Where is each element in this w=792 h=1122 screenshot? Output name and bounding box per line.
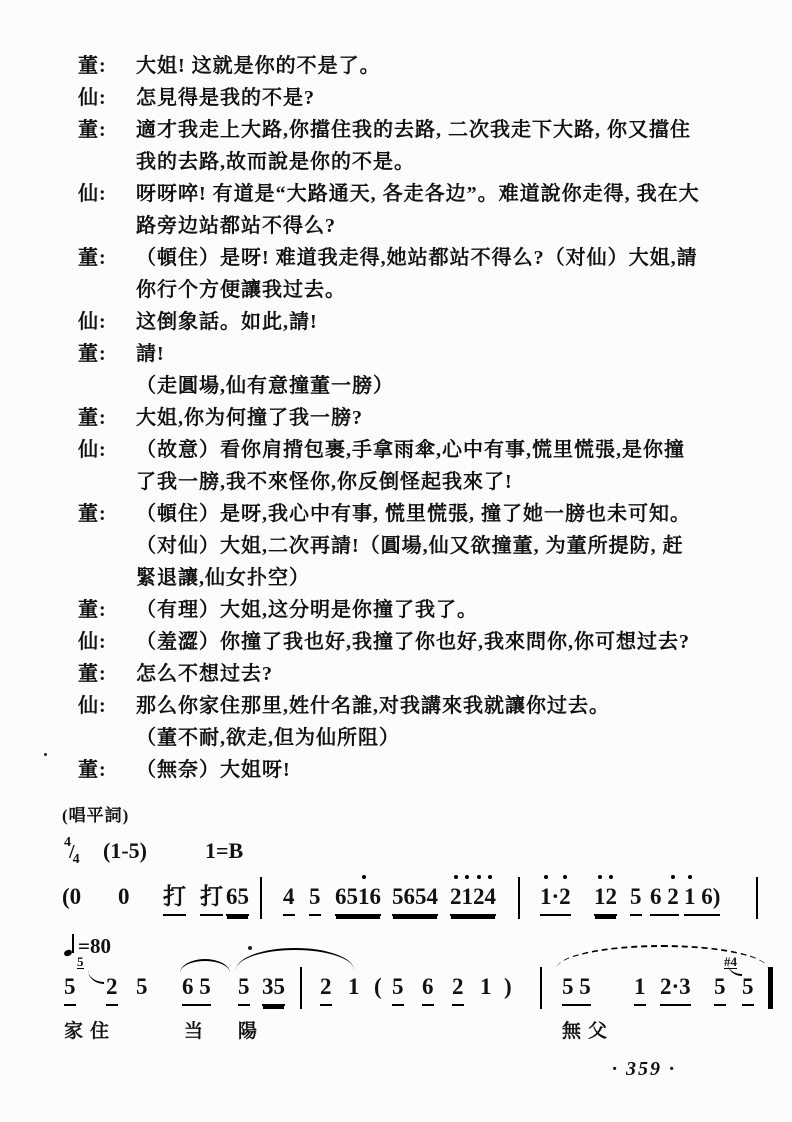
speaker-label	[78, 274, 136, 306]
dialogue-row: 仙:（故意）看你肩揹包裹,手拿雨傘,心中有事,慌里慌張,是你撞	[78, 434, 746, 466]
note-char: 5	[64, 972, 76, 1002]
note-char: 6	[226, 882, 238, 912]
grace-note: #4	[724, 955, 737, 969]
speaker-label: 董:	[78, 594, 136, 626]
dialogue-row: 董:（無奈）大姐呀!	[78, 754, 746, 786]
note-token: (0	[62, 882, 81, 914]
note-token: 5	[392, 972, 404, 1006]
note-char: 5	[742, 972, 754, 1002]
note-char: 2	[559, 882, 571, 912]
dialogue-text: （故意）看你肩揹包裹,手拿雨傘,心中有事,慌里慌張,是你撞	[136, 434, 746, 466]
note-token: 5	[714, 972, 726, 1006]
note-token: 5	[136, 972, 148, 1004]
speaker-label: 董:	[78, 754, 136, 786]
speaker-label: 董:	[78, 114, 136, 146]
speaker-label: 董:	[78, 338, 136, 370]
speaker-label	[78, 370, 136, 402]
note-token: 55	[64, 972, 76, 1006]
dialogue-text: （对仙）大姐,二次再請!（圓場,仙又欲撞董, 为董所提防, 赶	[136, 530, 746, 562]
dialogue-text: 請!	[136, 338, 746, 370]
sing-cue: (唱平詞)	[62, 801, 129, 826]
note-char: 0	[118, 882, 130, 912]
note-char: 0	[70, 882, 82, 912]
dialogue-text: （有理）大姐,这分明是你撞了我了。	[136, 594, 746, 626]
note-token: 65	[226, 882, 249, 916]
note-token: 5 5	[562, 972, 591, 1006]
barline	[756, 877, 758, 919]
note-char: 4	[427, 882, 439, 912]
meter-denominator: 4	[73, 852, 80, 867]
dialogue-row: 仙:呀呀啐! 有道是“大路通天, 各走各边”。难道說你走得, 我在大	[78, 178, 746, 210]
barline	[260, 877, 262, 919]
note-char: (	[374, 972, 382, 1002]
dialogue-row: 董:（頓住）是呀! 难道我走得,她站都站不得么?（对仙）大姐,請	[78, 242, 746, 274]
dialogue-text: 路旁边站都站不得么?	[136, 210, 746, 242]
note-char: )	[504, 972, 512, 1002]
speaker-label	[78, 210, 136, 242]
speaker-label: 仙:	[78, 178, 136, 210]
dialogue-text: 大姐,你为何撞了我一膀?	[136, 402, 746, 434]
dialogue-text: （頓住）是呀! 难道我走得,她站都站不得么?（对仙）大姐,請	[136, 242, 746, 274]
note-char: 6	[650, 882, 662, 912]
note-token: 5	[309, 882, 321, 916]
note-char: 2	[320, 972, 332, 1002]
note-char: 1	[462, 882, 474, 912]
note-char: 5	[392, 972, 404, 1002]
note-char: 6	[404, 882, 416, 912]
note-token: 5#4	[742, 972, 754, 1006]
note-char: 1	[684, 882, 696, 912]
dialogue-row: 路旁边站都站不得么?	[78, 210, 746, 242]
speaker-label	[78, 530, 136, 562]
note-char: 4	[485, 882, 497, 912]
margin-speck	[44, 753, 47, 756]
lyric-text: 当	[184, 1016, 210, 1043]
note-token: 1	[480, 972, 492, 1004]
dialogue-row: 你行个方便讓我过去。	[78, 274, 746, 306]
dialogue-text: 適才我走上大路,你擋住我的去路, 二次我走下大路, 你又擋住	[136, 114, 746, 146]
note-char: 5	[714, 972, 726, 1002]
dialogue-text: 这倒象話。如此,請!	[136, 306, 746, 338]
dialogue-row: （走圓場,仙有意撞董一膀）	[78, 370, 746, 402]
speaker-label	[78, 562, 136, 594]
note-char: 2	[606, 882, 618, 912]
note-char: 5	[562, 972, 574, 1002]
music-line-vocal: 55256 553521(5621)5 512·355#4家住当陽無父	[0, 972, 792, 1024]
dialogue-text: 怎見得是我的不是?	[136, 82, 746, 114]
dialogue-text: （無奈）大姐呀!	[136, 754, 746, 786]
lyric-text: 無父	[562, 1016, 614, 1043]
note-token: 2124	[450, 882, 496, 916]
dialogue-row: （对仙）大姐,二次再請!（圓場,仙又欲撞董, 为董所提防, 赶	[78, 530, 746, 562]
note-char: 5	[309, 882, 321, 912]
key-indication: 1=B	[205, 838, 243, 864]
speaker-label: 董:	[78, 658, 136, 690]
note-token: 1	[348, 972, 360, 1004]
dialogue-row: 董:請!	[78, 338, 746, 370]
final-barline	[768, 967, 773, 1009]
note-token: 2	[320, 972, 332, 1006]
note-char: 2	[450, 882, 462, 912]
note-token: 2·3	[660, 972, 691, 1006]
note-char: (	[62, 882, 70, 912]
dialogue-row: 董:（頓住）是呀,我心中有事, 慌里慌張, 撞了她一膀也未可知。	[78, 498, 746, 530]
grace-note: 5	[77, 955, 84, 969]
barline	[300, 967, 302, 1009]
note-char: 1	[634, 972, 646, 1002]
note-token: 1 6)	[684, 882, 720, 916]
note-char: ·	[672, 972, 680, 1002]
note-token: 2	[106, 972, 118, 1006]
dialogue-text: 緊退讓,仙女扑空）	[136, 562, 746, 594]
note-char: 6	[370, 882, 382, 912]
tie	[180, 959, 230, 973]
speaker-label	[78, 722, 136, 754]
time-signature: 4/4	[64, 838, 80, 864]
dialogue-row: 仙:（羞澀）你撞了我也好,我撞了你也好,我來問你,你可想过去?	[78, 626, 746, 658]
note-char: 2	[106, 972, 118, 1002]
dialogue-text: （董不耐,欲走,但为仙所阻）	[136, 722, 746, 754]
note-char: 1	[358, 882, 370, 912]
note-char: 5	[392, 882, 404, 912]
dialogue-row: 仙:怎見得是我的不是?	[78, 82, 746, 114]
note-char: 2	[452, 972, 464, 1002]
note-token: (	[374, 972, 382, 1004]
speaker-label: 仙:	[78, 82, 136, 114]
note-token: 6	[422, 972, 434, 1006]
note-char: 6	[701, 882, 713, 912]
dialogue-text: 我的去路,故而說是你的不是。	[136, 146, 746, 178]
dialogue-text: 那么你家住那里,姓什名誰,对我講來我就讓你过去。	[136, 690, 746, 722]
note-token: 打	[200, 882, 223, 916]
note-token: 6 2	[650, 882, 679, 916]
dialogue-text: 怎么不想过去?	[136, 658, 746, 690]
dialogue-row: 董:適才我走上大路,你擋住我的去路, 二次我走下大路, 你又擋住	[78, 114, 746, 146]
note-token: 2	[452, 972, 464, 1006]
dialogue-text: 你行个方便讓我过去。	[136, 274, 746, 306]
dialogue-text: 了我一膀,我不來怪你,你反倒怪起我來了!	[136, 466, 746, 498]
note-char: 1	[594, 882, 606, 912]
note-char: 5	[274, 972, 286, 1002]
note-char: )	[713, 882, 721, 912]
dialogue-row: 董:（有理）大姐,这分明是你撞了我了。	[78, 594, 746, 626]
meter-numerator: 4	[64, 835, 71, 850]
dialogue-text: （頓住）是呀,我心中有事, 慌里慌張, 撞了她一膀也未可知。	[136, 498, 746, 530]
note-char: 5	[199, 972, 211, 1002]
note-token: 打	[163, 882, 186, 916]
quarter-note-icon	[64, 934, 75, 956]
speaker-label: 董:	[78, 498, 136, 530]
note-char: 5	[630, 882, 642, 912]
lyric-text: 陽	[238, 1016, 264, 1043]
note-token: 4	[283, 882, 295, 916]
note-char: 3	[262, 972, 274, 1002]
note-token: 0	[118, 882, 130, 914]
lyric-text: 家住	[64, 1016, 116, 1043]
note-token: 1	[634, 972, 646, 1006]
note-token: 5	[238, 972, 250, 1006]
speaker-label	[78, 466, 136, 498]
pickup-notes: (1-5)	[103, 838, 147, 864]
dialogue-text: 呀呀啐! 有道是“大路通天, 各走各边”。难道說你走得, 我在大	[136, 178, 746, 210]
note-token: 35	[262, 972, 285, 1006]
note-token: )	[504, 972, 512, 1004]
dialogue-row: （董不耐,欲走,但为仙所阻）	[78, 722, 746, 754]
note-char: 4	[283, 882, 295, 912]
music-line-intro: (00打打65456516565421241·21256 21 6)	[0, 882, 792, 934]
speaker-label: 仙:	[78, 306, 136, 338]
speaker-label: 仙:	[78, 626, 136, 658]
note-char: 打	[200, 882, 223, 912]
note-char: 1	[540, 882, 552, 912]
note-token: 12	[594, 882, 617, 916]
note-char: 打	[163, 882, 186, 912]
note-char: 1	[348, 972, 360, 1002]
stray-dot	[248, 946, 252, 950]
dialogue-text: 大姐! 这就是你的不是了。	[136, 50, 746, 82]
dialogue-row: 仙:那么你家住那里,姓什名誰,对我講來我就讓你过去。	[78, 690, 746, 722]
note-char: 2	[667, 882, 679, 912]
note-char: 2	[660, 972, 672, 1002]
note-token: 1·2	[540, 882, 571, 916]
script-page: 董:大姐! 这就是你的不是了。仙:怎見得是我的不是?董:適才我走上大路,你擋住我…	[0, 0, 792, 1122]
dialogue-row: 了我一膀,我不來怪你,你反倒怪起我來了!	[78, 466, 746, 498]
speaker-label: 董:	[78, 402, 136, 434]
dialogue-row: 仙:这倒象話。如此,請!	[78, 306, 746, 338]
note-char: 5	[238, 972, 250, 1002]
note-char: 6	[422, 972, 434, 1002]
dialogue-row: 我的去路,故而說是你的不是。	[78, 146, 746, 178]
dialogue-row: 董:怎么不想过去?	[78, 658, 746, 690]
page-number: · 359 ·	[612, 1058, 676, 1081]
speaker-label: 董:	[78, 242, 136, 274]
note-char: 5	[136, 972, 148, 1002]
speaker-label: 仙:	[78, 434, 136, 466]
dialogue-row: 緊退讓,仙女扑空）	[78, 562, 746, 594]
dialogue-text: （羞澀）你撞了我也好,我撞了你也好,我來問你,你可想过去?	[136, 626, 746, 658]
tempo-marking: =80	[64, 934, 111, 959]
dialogue-row: 董:大姐! 这就是你的不是了。	[78, 50, 746, 82]
note-token: 6516	[335, 882, 381, 916]
note-token: 5	[630, 882, 642, 916]
speaker-label: 仙:	[78, 690, 136, 722]
slur	[236, 948, 354, 970]
note-char: ·	[552, 882, 560, 912]
note-token: 5654	[392, 882, 438, 916]
barline	[540, 967, 542, 1009]
grace-slur	[88, 970, 104, 984]
barline	[518, 877, 520, 919]
note-char: 6	[182, 972, 194, 1002]
note-token: 6 5	[182, 972, 211, 1006]
dialogue-text: （走圓場,仙有意撞董一膀）	[136, 370, 746, 402]
speaker-label	[78, 146, 136, 178]
note-char: 1	[480, 972, 492, 1002]
dialogue-section: 董:大姐! 这就是你的不是了。仙:怎見得是我的不是?董:適才我走上大路,你擋住我…	[78, 50, 746, 786]
note-char: 5	[238, 882, 250, 912]
note-char: 3	[679, 972, 691, 1002]
key-signature-row: 4/4 (1-5) 1=B	[0, 838, 792, 872]
note-char: 2	[473, 882, 485, 912]
speaker-label: 董:	[78, 50, 136, 82]
note-char: 5	[579, 972, 591, 1002]
dialogue-row: 董:大姐,你为何撞了我一膀?	[78, 402, 746, 434]
note-char: 6	[335, 882, 347, 912]
note-char: 5	[347, 882, 359, 912]
note-char: 5	[415, 882, 427, 912]
